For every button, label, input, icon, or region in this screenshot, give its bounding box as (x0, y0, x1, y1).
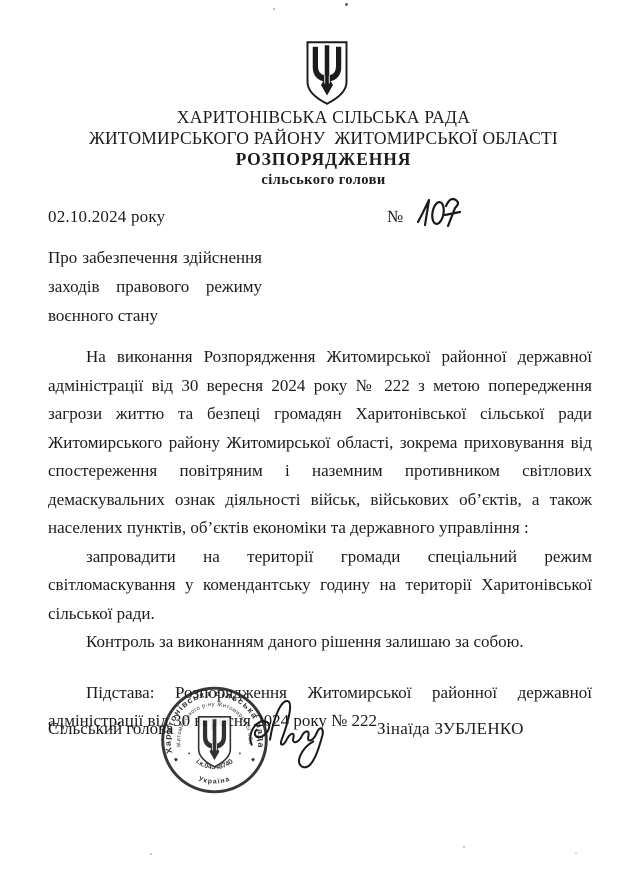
body-paragraph: Контроль за виконанням даного рішення за… (48, 628, 592, 657)
doc-subtype: сільського голови (0, 172, 635, 189)
body-paragraph: запровадити на території громади спеціал… (48, 543, 592, 629)
signatory-name: Зінаїда ЗУБЛЕНКО (377, 719, 524, 739)
org-region: ЖИТОМИРСЬКОГО РАЙОНУ ЖИТОМИРСЬКОЇ ОБЛАСТ… (0, 128, 635, 149)
scan-speck (150, 853, 152, 855)
doc-date: 02.10.2024 року (48, 207, 165, 227)
subject-line: заходів правового режиму (48, 272, 262, 301)
signatory-title: Сільський голова (48, 719, 173, 739)
document-body: На виконання Розпорядження Житомирської … (48, 343, 592, 736)
stamp-tryzub-icon (199, 717, 231, 767)
body-paragraph: На виконання Розпорядження Житомирської … (48, 343, 592, 543)
doc-type-title: РОЗПОРЯДЖЕННЯ (0, 149, 635, 170)
coat-of-arms-tryzub-icon (304, 40, 350, 106)
subject-line: воєнного стану (48, 301, 262, 330)
subject-block: Про забезпечення здійснення заходів прав… (48, 243, 262, 330)
stamp-country-text: Україна (198, 776, 232, 786)
org-name: ХАРИТОНІВСЬКА СІЛЬСЬКА РАДА (0, 107, 635, 128)
scan-speck (273, 8, 275, 10)
doc-number-label: № (387, 207, 403, 227)
scan-speck (463, 846, 465, 848)
handwritten-signature (240, 688, 340, 778)
svg-text:Україна: Україна (198, 776, 232, 786)
scanned-document-page: ХАРИТОНІВСЬКА СІЛЬСЬКА РАДА ЖИТОМИРСЬКОГ… (0, 0, 635, 878)
scan-speck (345, 3, 348, 6)
handwritten-doc-number (412, 195, 464, 231)
subject-line: Про забезпечення здійснення (48, 243, 262, 272)
scan-speck (575, 852, 577, 854)
